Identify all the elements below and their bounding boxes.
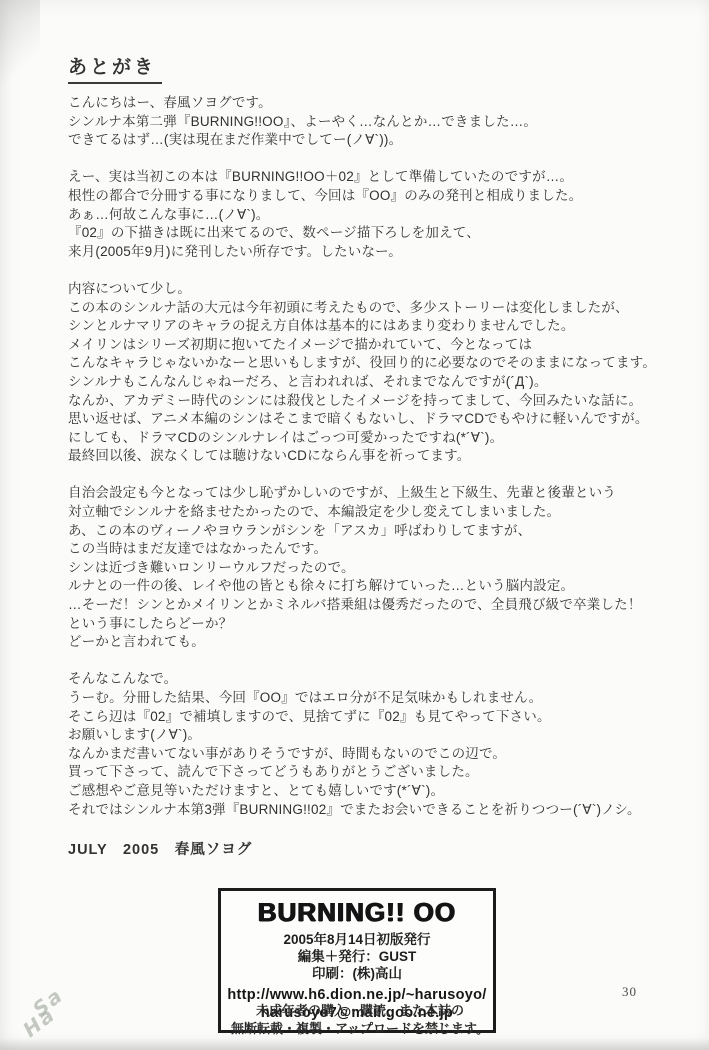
text-line: 『02』の下描きは既に出来てるので、数ページ描下ろしを加えて、	[68, 224, 688, 243]
text-line: ご感想やご意見等いただけますと、とても嬉しいです(*´∀`)。	[68, 782, 688, 801]
paragraph: えー、実は当初この本は『BURNING!!OO＋02』として準備していたのですが…	[68, 168, 688, 261]
text-line: そこら辺は『02』で補填しますので、見捨てずに『02』も見てやって下さい。	[68, 708, 688, 727]
text-line: うーむ。分冊した結果、今回『OO』ではエロ分が不足気味かもしれません。	[68, 689, 688, 708]
scan-corner-shade	[0, 0, 40, 90]
colophon-publisher: 編集＋発行：GUST	[225, 948, 489, 965]
scanned-afterword-page: あとがき こんにちはー、春風ソヨグです。シンルナ本第二弾『BURNING!!OO…	[0, 0, 709, 1050]
text-line: 買って下さって、読んで下さってどうもありがとうございました。	[68, 763, 688, 782]
text-line: 自治会設定も今となっては少し恥ずかしいのですが、上級生と下級生、先輩と後輩という	[68, 484, 688, 503]
text-line: シンとルナマリアのキャラの捉え方自体は基本的にはあまり変わりませんでした。	[68, 317, 688, 336]
text-line: 思い返せば、アニメ本編のシンはそこまで暗くもないし、ドラマCDでもやけに軽いんで…	[68, 410, 688, 429]
afterword-body: こんにちはー、春風ソヨグです。シンルナ本第二弾『BURNING!!OO』、よーや…	[68, 94, 688, 819]
text-line: 根性の都合で分冊する事になりまして、今回は『OO』のみの発刊と相成りました。	[68, 187, 688, 206]
text-line: メイリンはシリーズ初期に抱いてたイメージで描かれていて、今となっては	[68, 336, 688, 355]
watermark-text: Sa	[28, 983, 68, 1022]
warning-line: 未成年者の購入・購読、また本誌の	[170, 1002, 550, 1020]
text-line: それではシンルナ本第3弾『BURNING!!02』でまたお会いできることを祈りつ…	[68, 801, 688, 820]
text-line: こんなキャラじゃないかなーと思いもしますが、役回り的に必要なのでそのままになって…	[68, 354, 688, 373]
paragraph: そんなこんなで。うーむ。分冊した結果、今回『OO』ではエロ分が不足気味かもしれま…	[68, 670, 688, 819]
text-line: あ、この本のヴィーノやヨウランがシンを「アスカ」呼ばわりしてますが、	[68, 522, 688, 541]
text-line: にしても、ドラマCDのシンルナレイはごっつ可愛かったですね(*´∀`)。	[68, 429, 688, 448]
corner-scribble-watermark: Sa Ha	[18, 988, 88, 1048]
text-line: あぁ…何故こんな事に…(ノ∀`)。	[68, 206, 688, 225]
text-line: …そーだ！シンとかメイリンとかミネルバ搭乗組は優秀だったので、全員飛び級で卒業し…	[68, 596, 688, 615]
text-line: という事にしたらどーか？	[68, 615, 688, 634]
text-line: 対立軸でシンルナを絡ませたかったので、本編設定を少し変えてしまいました。	[68, 503, 688, 522]
text-line: そんなこんなで。	[68, 670, 688, 689]
scan-bottom-shade	[0, 1038, 709, 1050]
paragraph: こんにちはー、春風ソヨグです。シンルナ本第二弾『BURNING!!OO』、よーや…	[68, 94, 688, 150]
text-line: シンは近づき難いロンリーウルフだったので。	[68, 559, 688, 578]
date-signature: JULY 2005 春風ソヨグ	[68, 838, 252, 859]
colophon-logo: BURNING!! OO	[225, 897, 489, 928]
text-line: シンルナもこんなんじゃねーだろ、と言われれば、それまでなんですが(´Д`)。	[68, 373, 688, 392]
paragraph: 内容について少し。この本のシンルナ話の大元は今年初頭に考えたもので、多少ストーリ…	[68, 280, 688, 466]
text-line: こんにちはー、春風ソヨグです。	[68, 94, 688, 113]
page-number: 30	[622, 984, 637, 1000]
text-line: なんかまだ書いてない事がありそうですが、時間もないのでこの辺で。	[68, 745, 688, 764]
text-line: お願いします(ノ∀`)。	[68, 726, 688, 745]
age-warning-text: 未成年者の購入・購読、また本誌の 無断転載・複製・アップロードを禁じます。	[170, 1002, 550, 1037]
text-line: 来月(2005年9月)に発刊したい所存です。したいなー。	[68, 243, 688, 262]
text-line: どーかと言われても。	[68, 633, 688, 652]
text-line: なんか、アカデミー時代のシンには殺伐としたイメージを持ってまして、今回みたいな話…	[68, 392, 688, 411]
watermark-text: Ha	[18, 1002, 60, 1042]
text-line: 内容について少し。	[68, 280, 688, 299]
paragraph: 自治会設定も今となっては少し恥ずかしいのですが、上級生と下級生、先輩と後輩という…	[68, 484, 688, 651]
text-line: シンルナ本第二弾『BURNING!!OO』、よーやく…なんとか…できました…。	[68, 113, 688, 132]
text-line: できてるはず…(実は現在まだ作業中でしてー(ノ∀`))。	[68, 131, 688, 150]
text-line: この当時はまだ友達ではなかったんです。	[68, 540, 688, 559]
colophon-printer: 印刷：(株)高山	[225, 965, 489, 982]
colophon-publish-date: 2005年8月14日初版発行	[225, 931, 489, 948]
text-line: えー、実は当初この本は『BURNING!!OO＋02』として準備していたのですが…	[68, 168, 688, 187]
text-line: 最終回以後、涙なくしては聴けないCDにならん事を祈ってます。	[68, 447, 688, 466]
warning-line: 無断転載・複製・アップロードを禁じます。	[170, 1020, 550, 1038]
text-line: この本のシンルナ話の大元は今年初頭に考えたもので、多少ストーリーは変化しましたが…	[68, 299, 688, 318]
text-line: ルナとの一件の後、レイや他の皆とも徐々に打ち解けていった…という脳内設定。	[68, 577, 688, 596]
page-title: あとがき	[68, 52, 162, 84]
